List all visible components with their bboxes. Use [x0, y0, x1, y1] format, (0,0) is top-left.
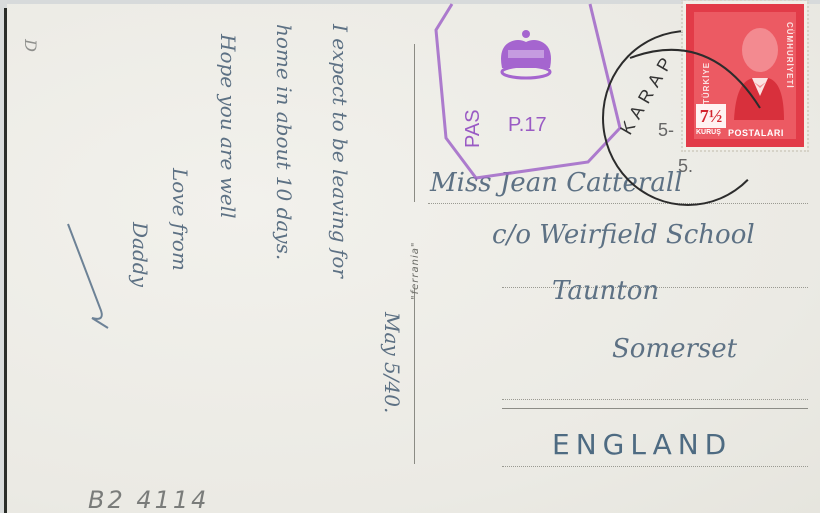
printer-mark: "ferrania"	[410, 242, 421, 300]
address-country: ENGLAND	[552, 428, 732, 461]
message-signature: Daddy	[128, 222, 152, 287]
center-divider-top	[414, 44, 415, 202]
card-left-edge	[0, 0, 7, 513]
censor-number: P.17	[508, 114, 547, 137]
corner-mark: D	[21, 39, 40, 52]
message-line: Hope you are well	[216, 34, 240, 218]
address-school: c/o Weirfield School	[492, 220, 755, 250]
center-divider-bottom	[414, 288, 415, 464]
stamp-country-right: CÜMHURİYETİ	[785, 22, 794, 89]
postmark-arc-over-stamp	[600, 28, 780, 208]
signature-flourish	[62, 222, 112, 332]
censor-label: PAS	[462, 109, 485, 148]
address-rule	[502, 466, 808, 467]
address-town: Taunton	[552, 276, 659, 306]
address-county: Somerset	[612, 334, 737, 364]
postcard-back: D May 5/40. I expect to be leaving for h…	[0, 0, 820, 513]
message-line: Love from	[168, 168, 192, 271]
message-line: home in about 10 days.	[272, 24, 296, 260]
message-line: I expect to be leaving for	[328, 24, 352, 278]
address-rule	[502, 408, 808, 409]
message-date: May 5/40.	[380, 312, 404, 413]
address-rule	[502, 399, 808, 400]
crown-icon	[496, 28, 556, 84]
catalog-number: B2 4114	[88, 486, 209, 513]
